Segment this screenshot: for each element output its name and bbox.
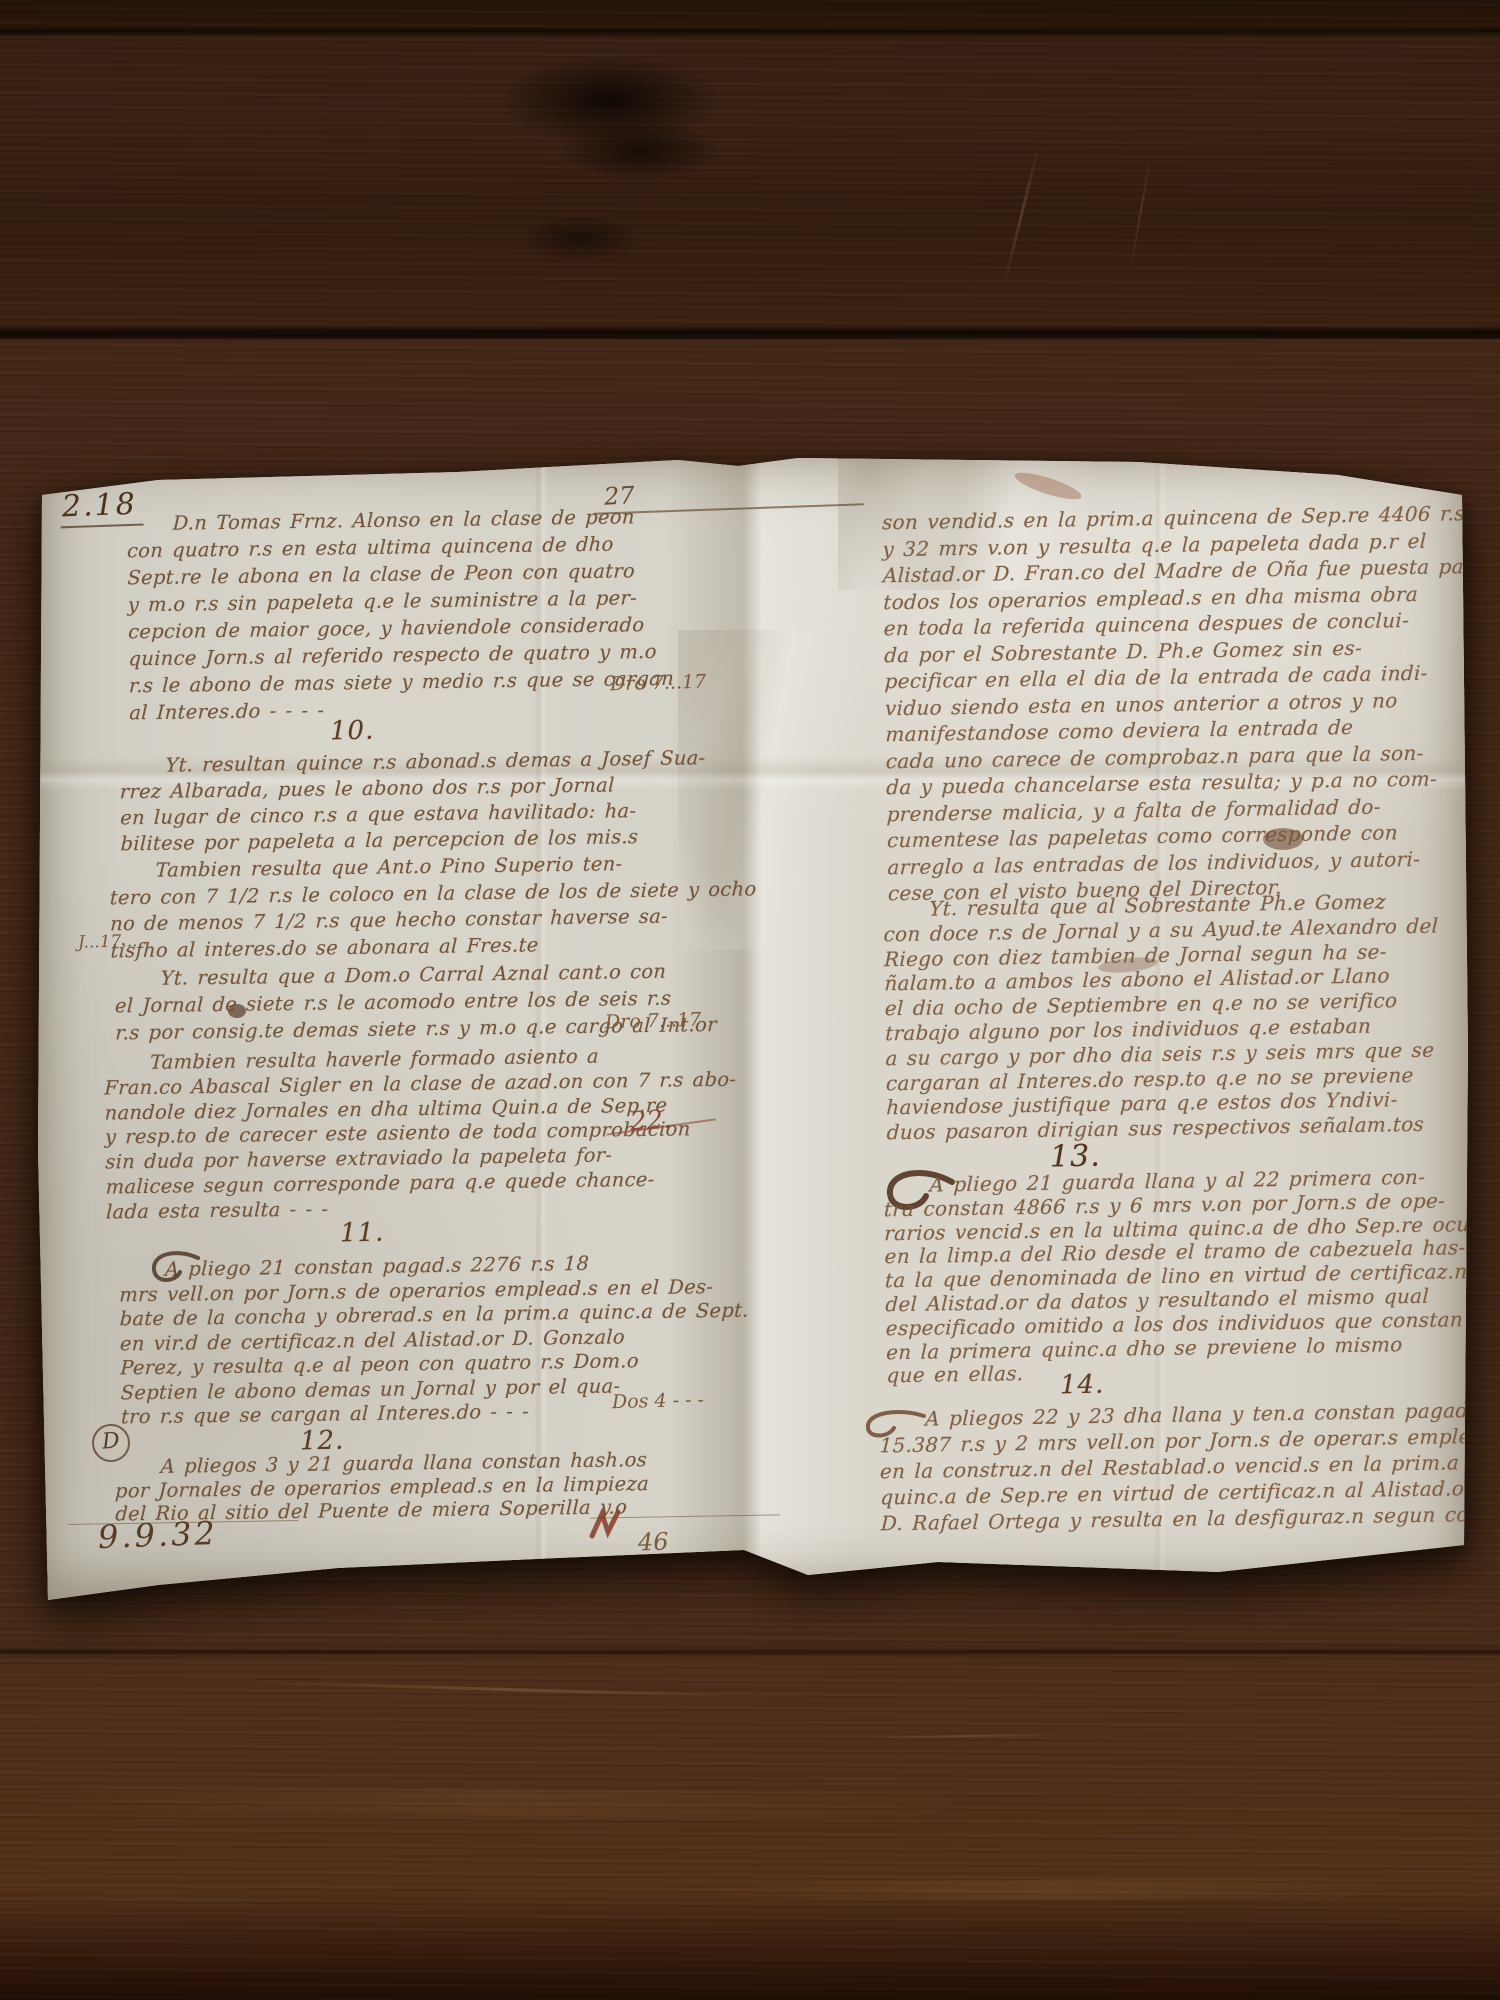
paragraph-continuation: son vendid.s en la prim.a quincena de Se… — [882, 501, 1433, 907]
margin-note-46: 46 — [638, 1527, 670, 1556]
margin-note-dro-1: Dro 7...17 — [610, 671, 707, 696]
margin-note-j17: J...17... — [78, 931, 138, 953]
wood-knot — [520, 215, 640, 261]
ink-stain — [1012, 468, 1084, 505]
wood-knot — [500, 55, 720, 145]
manuscript-bifolium: 2.18 27 D.n Tomas Frnz. Alonso en la cla… — [38, 450, 1468, 1602]
plank-seam — [0, 1650, 1500, 1654]
wood-knot — [560, 120, 720, 180]
section-heading-11: 11. — [340, 1218, 385, 1249]
paragraph-14: A pliegos 22 y 23 dha llana y ten.a cons… — [879, 1398, 1441, 1537]
paper-wrinkle — [678, 630, 898, 950]
wood-light-streak — [60, 1787, 960, 1819]
paragraph-10c: Yt. resulta que a Dom.o Carral Aznal can… — [114, 959, 605, 1047]
wood-scratch — [250, 1681, 770, 1699]
wood-light-streak — [700, 1878, 1400, 1902]
section-heading-10: 10. — [330, 716, 375, 747]
paragraph-10b: Tambien resulta que Ant.o Pino Superio t… — [109, 852, 590, 965]
paragraph-10a: Yt. resultan quince r.s abonad.s demas a… — [119, 747, 600, 858]
margin-note-dos4: Dos 4 - - - — [612, 1389, 704, 1413]
photograph-of-manuscript: { "photo_subject": "Folded two-page hand… — [0, 0, 1500, 2000]
wood-scratch — [860, 1733, 1080, 1739]
manuscript-line: r.s por consig.te demas siete r.s y m.o … — [115, 1013, 606, 1047]
paragraph-11: A pliego 21 constan pagad.s 2276 r.s 18m… — [119, 1252, 611, 1430]
margin-note-22: 22. — [629, 1105, 672, 1138]
wood-scratch — [1130, 151, 1153, 270]
paragraph-12-right: Yt. resulta que al Sobrestante Ph.e Gome… — [883, 889, 1432, 1145]
margin-note-dro-2: Dro 7...17 — [605, 1009, 702, 1034]
paper-sheet: 2.18 27 D.n Tomas Frnz. Alonso en la cla… — [38, 450, 1468, 1602]
section-heading-14: 14. — [1060, 1370, 1105, 1401]
paragraph-13: A pliego 21 guarda llana y al 22 primera… — [883, 1166, 1431, 1389]
wood-scratch — [1002, 142, 1041, 288]
paragraph-9-end: D.n Tomas Frnz. Alonso en la clase de pe… — [127, 504, 610, 727]
paragraph-10d: Tambien resulta haverle formado asiento … — [104, 1045, 606, 1226]
bottom-left-number: 9.9.32 — [97, 1514, 218, 1556]
